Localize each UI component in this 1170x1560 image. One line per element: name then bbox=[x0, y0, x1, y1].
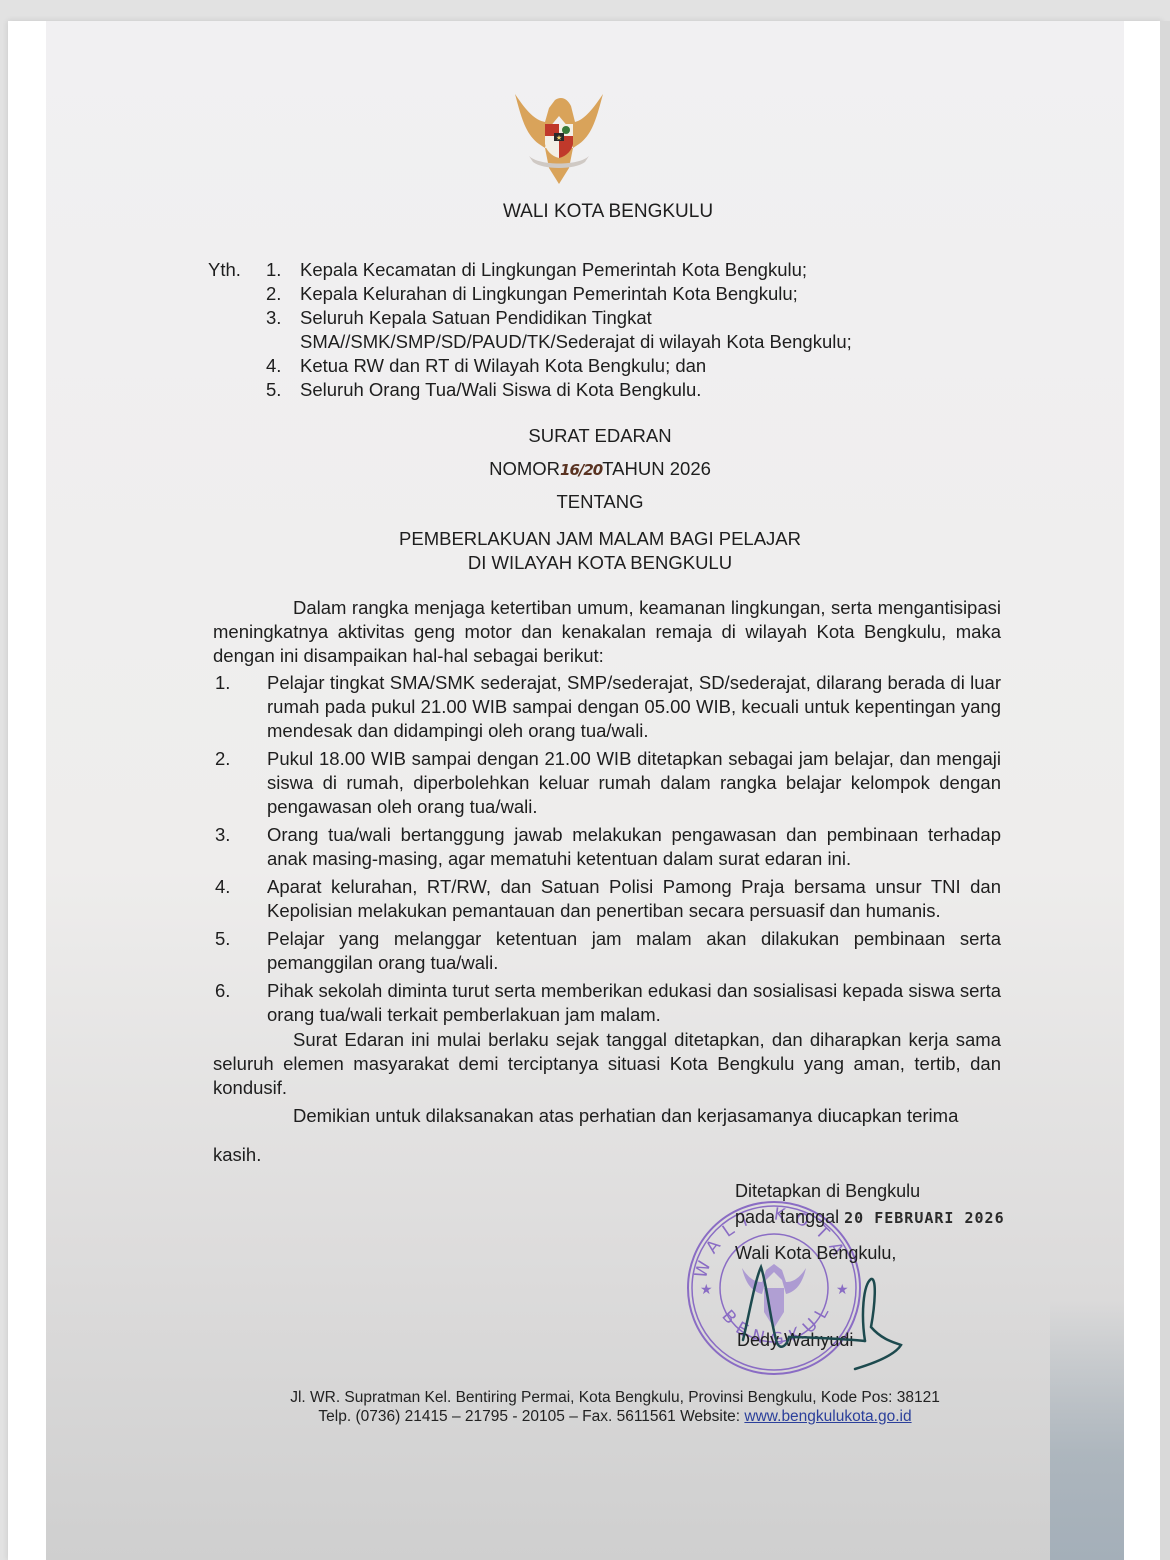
svg-text:★: ★ bbox=[556, 134, 562, 142]
signed-place: Ditetapkan di Bengkulu bbox=[735, 1178, 920, 1204]
circular-subject-1: PEMBERLAKUAN JAM MALAM BAGI PELAJAR bbox=[380, 527, 820, 551]
addressee-item: 1.Kepala Kecamatan di Lingkungan Pemerin… bbox=[266, 258, 807, 282]
circular-type: SURAT EDARAN bbox=[380, 424, 820, 448]
circular-number: NOMOR16/20TAHUN 2026 bbox=[380, 457, 820, 482]
addressee-item: 5.Seluruh Orang Tua/Wali Siswa di Kota B… bbox=[266, 378, 701, 402]
addressee-label: Yth. bbox=[208, 258, 241, 282]
body-points: 1.Pelajar tingkat SMA/SMK sederajat, SMP… bbox=[213, 671, 1001, 1031]
body-intro: Dalam rangka menjaga ketertiban umum, ke… bbox=[213, 596, 1001, 668]
handwritten-date: 20 FEBRUARI 2026 bbox=[844, 1209, 1005, 1227]
addressee-item: 2.Kepala Kelurahan di Lingkungan Pemerin… bbox=[266, 282, 798, 306]
body-thanks: Demikian untuk dilaksanakan atas perhati… bbox=[213, 1104, 1001, 1128]
footer-contact: Telp. (0736) 21415 – 21795 - 20105 – Fax… bbox=[270, 1407, 960, 1426]
handwritten-number: 16/20 bbox=[560, 461, 602, 479]
circular-about: TENTANG bbox=[380, 490, 820, 514]
point-item: 2.Pukul 18.00 WIB sampai dengan 21.00 WI… bbox=[213, 747, 1001, 819]
photo-shadow bbox=[1050, 1300, 1124, 1560]
handwritten-signature-icon bbox=[725, 1245, 925, 1375]
point-item: 4.Aparat kelurahan, RT/RW, dan Satuan Po… bbox=[213, 875, 1001, 923]
letterhead-title: WALI KOTA BENGKULU bbox=[470, 200, 746, 224]
body-thanks-end: kasih. bbox=[213, 1143, 1001, 1167]
footer-address: Jl. WR. Supratman Kel. Bentiring Permai,… bbox=[270, 1388, 960, 1407]
website-link[interactable]: www.bengkulukota.go.id bbox=[744, 1408, 911, 1425]
circular-subject-2: DI WILAYAH KOTA BENGKULU bbox=[380, 551, 820, 575]
point-item: 3.Orang tua/wali bertanggung jawab melak… bbox=[213, 823, 1001, 871]
svg-text:★: ★ bbox=[700, 1281, 713, 1297]
signed-date: pada tanggal 20 FEBRUARI 2026 bbox=[735, 1204, 1005, 1231]
point-item: 6.Pihak sekolah diminta turut serta memb… bbox=[213, 979, 1001, 1027]
point-item: 1.Pelajar tingkat SMA/SMK sederajat, SMP… bbox=[213, 671, 1001, 743]
point-item: 5.Pelajar yang melanggar ketentuan jam m… bbox=[213, 927, 1001, 975]
addressee-item: 3.Seluruh Kepala Satuan Pendidikan Tingk… bbox=[266, 306, 852, 354]
body-closing: Surat Edaran ini mulai berlaku sejak tan… bbox=[213, 1028, 1001, 1100]
addressee-item: 4.Ketua RW dan RT di Wilayah Kota Bengku… bbox=[266, 354, 706, 378]
garuda-emblem-icon: ★ bbox=[505, 86, 613, 194]
